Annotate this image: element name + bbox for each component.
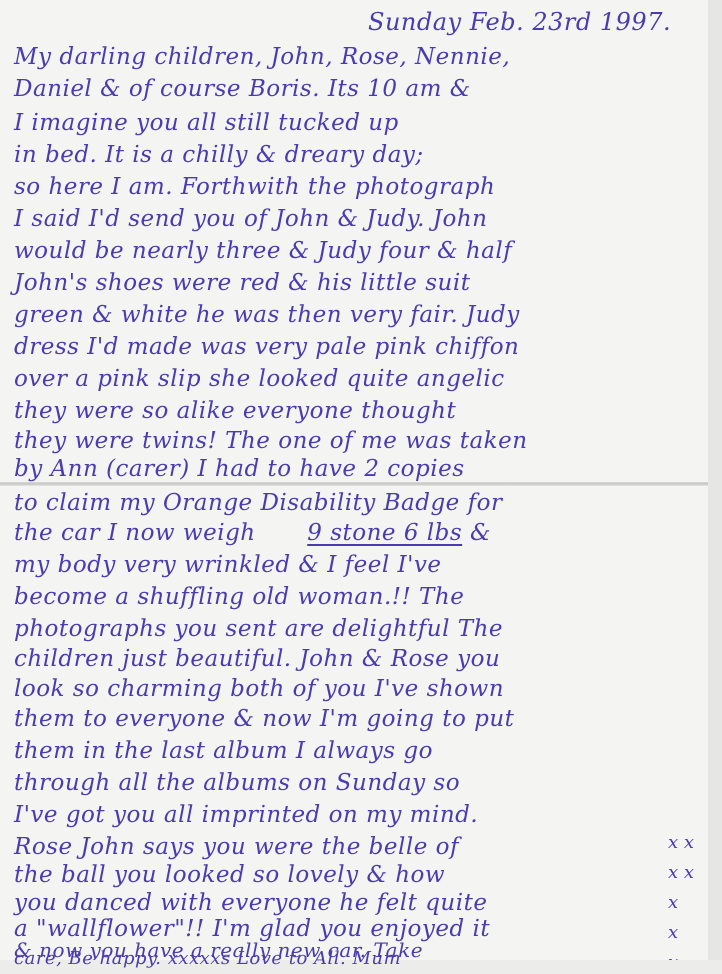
letter-line: children just beautiful. John & Rose you (14, 646, 500, 672)
letter-line: John's shoes were red & his little suit (14, 270, 470, 296)
letter-line: they were twins! The one of me was taken (14, 428, 528, 454)
letter-text: & (462, 520, 491, 546)
letter-date: Sunday Feb. 23rd 1997. (368, 8, 671, 36)
letter-line: by Ann (carer) I had to have 2 copies (14, 456, 465, 482)
letter-line: photographs you sent are delightful The (14, 616, 503, 642)
margin-kisses: x x x x x x x (668, 828, 708, 974)
kiss-mark: x (668, 888, 708, 918)
letter-line: them to everyone & now I'm going to put (14, 706, 514, 732)
kiss-mark: x x (668, 858, 708, 888)
letter-line: become a shuffling old woman.!! The (14, 584, 464, 610)
letter-line: so here I am. Forthwith the photograph (14, 174, 495, 200)
letter-line: My darling children, John, Rose, Nennie, (14, 44, 510, 70)
letter-line: I imagine you all still tucked up (14, 110, 399, 136)
letter-page: Sunday Feb. 23rd 1997. My darling childr… (0, 0, 708, 960)
letter-line: Rose John says you were the belle of (14, 834, 459, 860)
kiss-mark: x (668, 918, 708, 948)
letter-line: to claim my Orange Disability Badge for (14, 490, 502, 516)
scan-edge-right (708, 0, 722, 974)
letter-line: they were so alike everyone thought (14, 398, 456, 424)
letter-line: I've got you all imprinted on my mind. (14, 802, 478, 828)
letter-line: dress I'd made was very pale pink chiffo… (14, 334, 519, 360)
letter-line: look so charming both of you I've shown (14, 676, 504, 702)
letter-line: green & white he was then very fair. Jud… (14, 302, 520, 328)
kiss-mark: x x (668, 828, 708, 858)
letter-line: in bed. It is a chilly & dreary day; (14, 142, 424, 168)
letter-line: them in the last album I always go (14, 738, 433, 764)
letter-line: Daniel & of course Boris. Its 10 am & (14, 76, 471, 102)
weight-underlined: 9 stone 6 lbs (307, 520, 462, 546)
letter-closing: care, Be happy. xxxxxs Love to All. Mum (14, 948, 401, 969)
letter-line: through all the albums on Sunday so (14, 770, 460, 796)
letter-line: over a pink slip she looked quite angeli… (14, 366, 505, 392)
letter-line: you danced with everyone he felt quite (14, 890, 487, 916)
letter-line: I said I'd send you of John & Judy. John (14, 206, 487, 232)
letter-line: my body very wrinkled & I feel I've (14, 552, 442, 578)
letter-line: would be nearly three & Judy four & half (14, 238, 512, 264)
paper-fold (0, 482, 708, 486)
letter-line: the car I now weigh 9 stone 6 lbs & (14, 520, 491, 546)
letter-text: the car I now weigh (14, 520, 256, 546)
letter-line: the ball you looked so lovely & how (14, 862, 445, 888)
